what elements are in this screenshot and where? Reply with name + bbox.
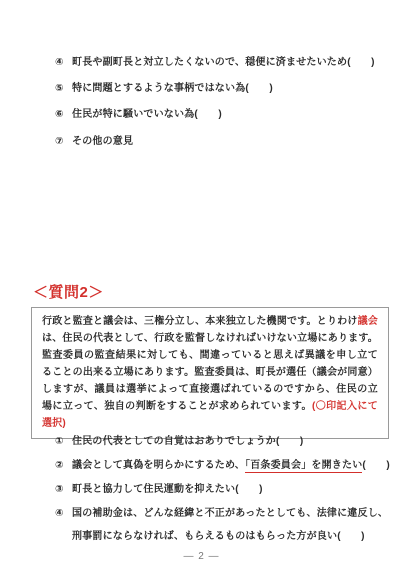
option-number: ⑤ bbox=[55, 77, 72, 100]
option-text: 国の補助金は、どんな経緯と不正があったとしても、法律に違反し、刑事罰にならなけれ… bbox=[72, 502, 391, 548]
option-number: ② bbox=[55, 454, 72, 477]
option-blank: ( ) bbox=[362, 460, 389, 471]
option-text: 町長と協力して住民運動を抑えたい( ) bbox=[72, 478, 391, 501]
option-text: その他の意見 bbox=[72, 130, 391, 153]
question2-options-list: ① 住民の代表としての自覚はおありでしょうか( ) ② 議会として真偽を明らかに… bbox=[55, 430, 391, 549]
hyakujo-committee-label: 「百条委員会」 bbox=[245, 460, 311, 471]
hyakujo-committee-underlined: 「百条委員会」を開きたい bbox=[245, 460, 362, 473]
option-number: ⑦ bbox=[55, 130, 72, 153]
question1-option-7-other-opinion: ⑦ その他の意見 bbox=[55, 130, 391, 153]
option-text: 議会として真偽を明らかにするため、「百条委員会」を開きたい( ) bbox=[72, 454, 391, 477]
option-text: 住民の代表としての自覚はおありでしょうか( ) bbox=[72, 430, 391, 453]
question1-options-list: ④ 町長や副町長と対立したくないので、穏便に済ませたいため( ) ⑤ 特に問題と… bbox=[55, 51, 391, 156]
intro-highlight-gikai: 議会 bbox=[358, 316, 378, 327]
option-text-prefix: 議会として真偽を明らかにするため、 bbox=[72, 460, 245, 471]
option-number: ④ bbox=[55, 502, 72, 548]
option-text: 住民が特に騒いでいない為( ) bbox=[72, 103, 391, 126]
question2-option-1: ① 住民の代表としての自覚はおありでしょうか( ) bbox=[55, 430, 391, 453]
question2-heading: ＜質問2＞ bbox=[33, 281, 104, 302]
question2-option-4: ④ 国の補助金は、どんな経緯と不正があったとしても、法律に違反し、刑事罰にならな… bbox=[55, 502, 391, 548]
option-text-underlined-rest: を開きたい bbox=[311, 460, 362, 471]
page-number: ― 2 ― bbox=[0, 551, 403, 562]
question1-option-5: ⑤ 特に問題とするような事柄ではない為( ) bbox=[55, 77, 391, 100]
option-number: ⑥ bbox=[55, 103, 72, 126]
option-number: ④ bbox=[55, 51, 72, 74]
question2-option-3: ③ 町長と協力して住民運動を抑えたい( ) bbox=[55, 478, 391, 501]
question1-option-4: ④ 町長や副町長と対立したくないので、穏便に済ませたいため( ) bbox=[55, 51, 391, 74]
question2-intro-box: 行政と監査と議会は、三権分立し、本来独立した機関です。とりわけ議会は、住民の代表… bbox=[31, 307, 389, 439]
document-page: ④ 町長や副町長と対立したくないので、穏便に済ませたいため( ) ⑤ 特に問題と… bbox=[0, 0, 403, 584]
option-text: 町長や副町長と対立したくないので、穏便に済ませたいため( ) bbox=[72, 51, 391, 74]
question1-option-6: ⑥ 住民が特に騒いでいない為( ) bbox=[55, 103, 391, 126]
question2-option-2: ② 議会として真偽を明らかにするため、「百条委員会」を開きたい( ) bbox=[55, 454, 391, 477]
option-number: ③ bbox=[55, 478, 72, 501]
option-text: 特に問題とするような事柄ではない為( ) bbox=[72, 77, 391, 100]
option-number: ① bbox=[55, 430, 72, 453]
intro-text: 行政と監査と議会は、三権分立し、本来独立した機関です。とりわけ bbox=[42, 316, 358, 327]
